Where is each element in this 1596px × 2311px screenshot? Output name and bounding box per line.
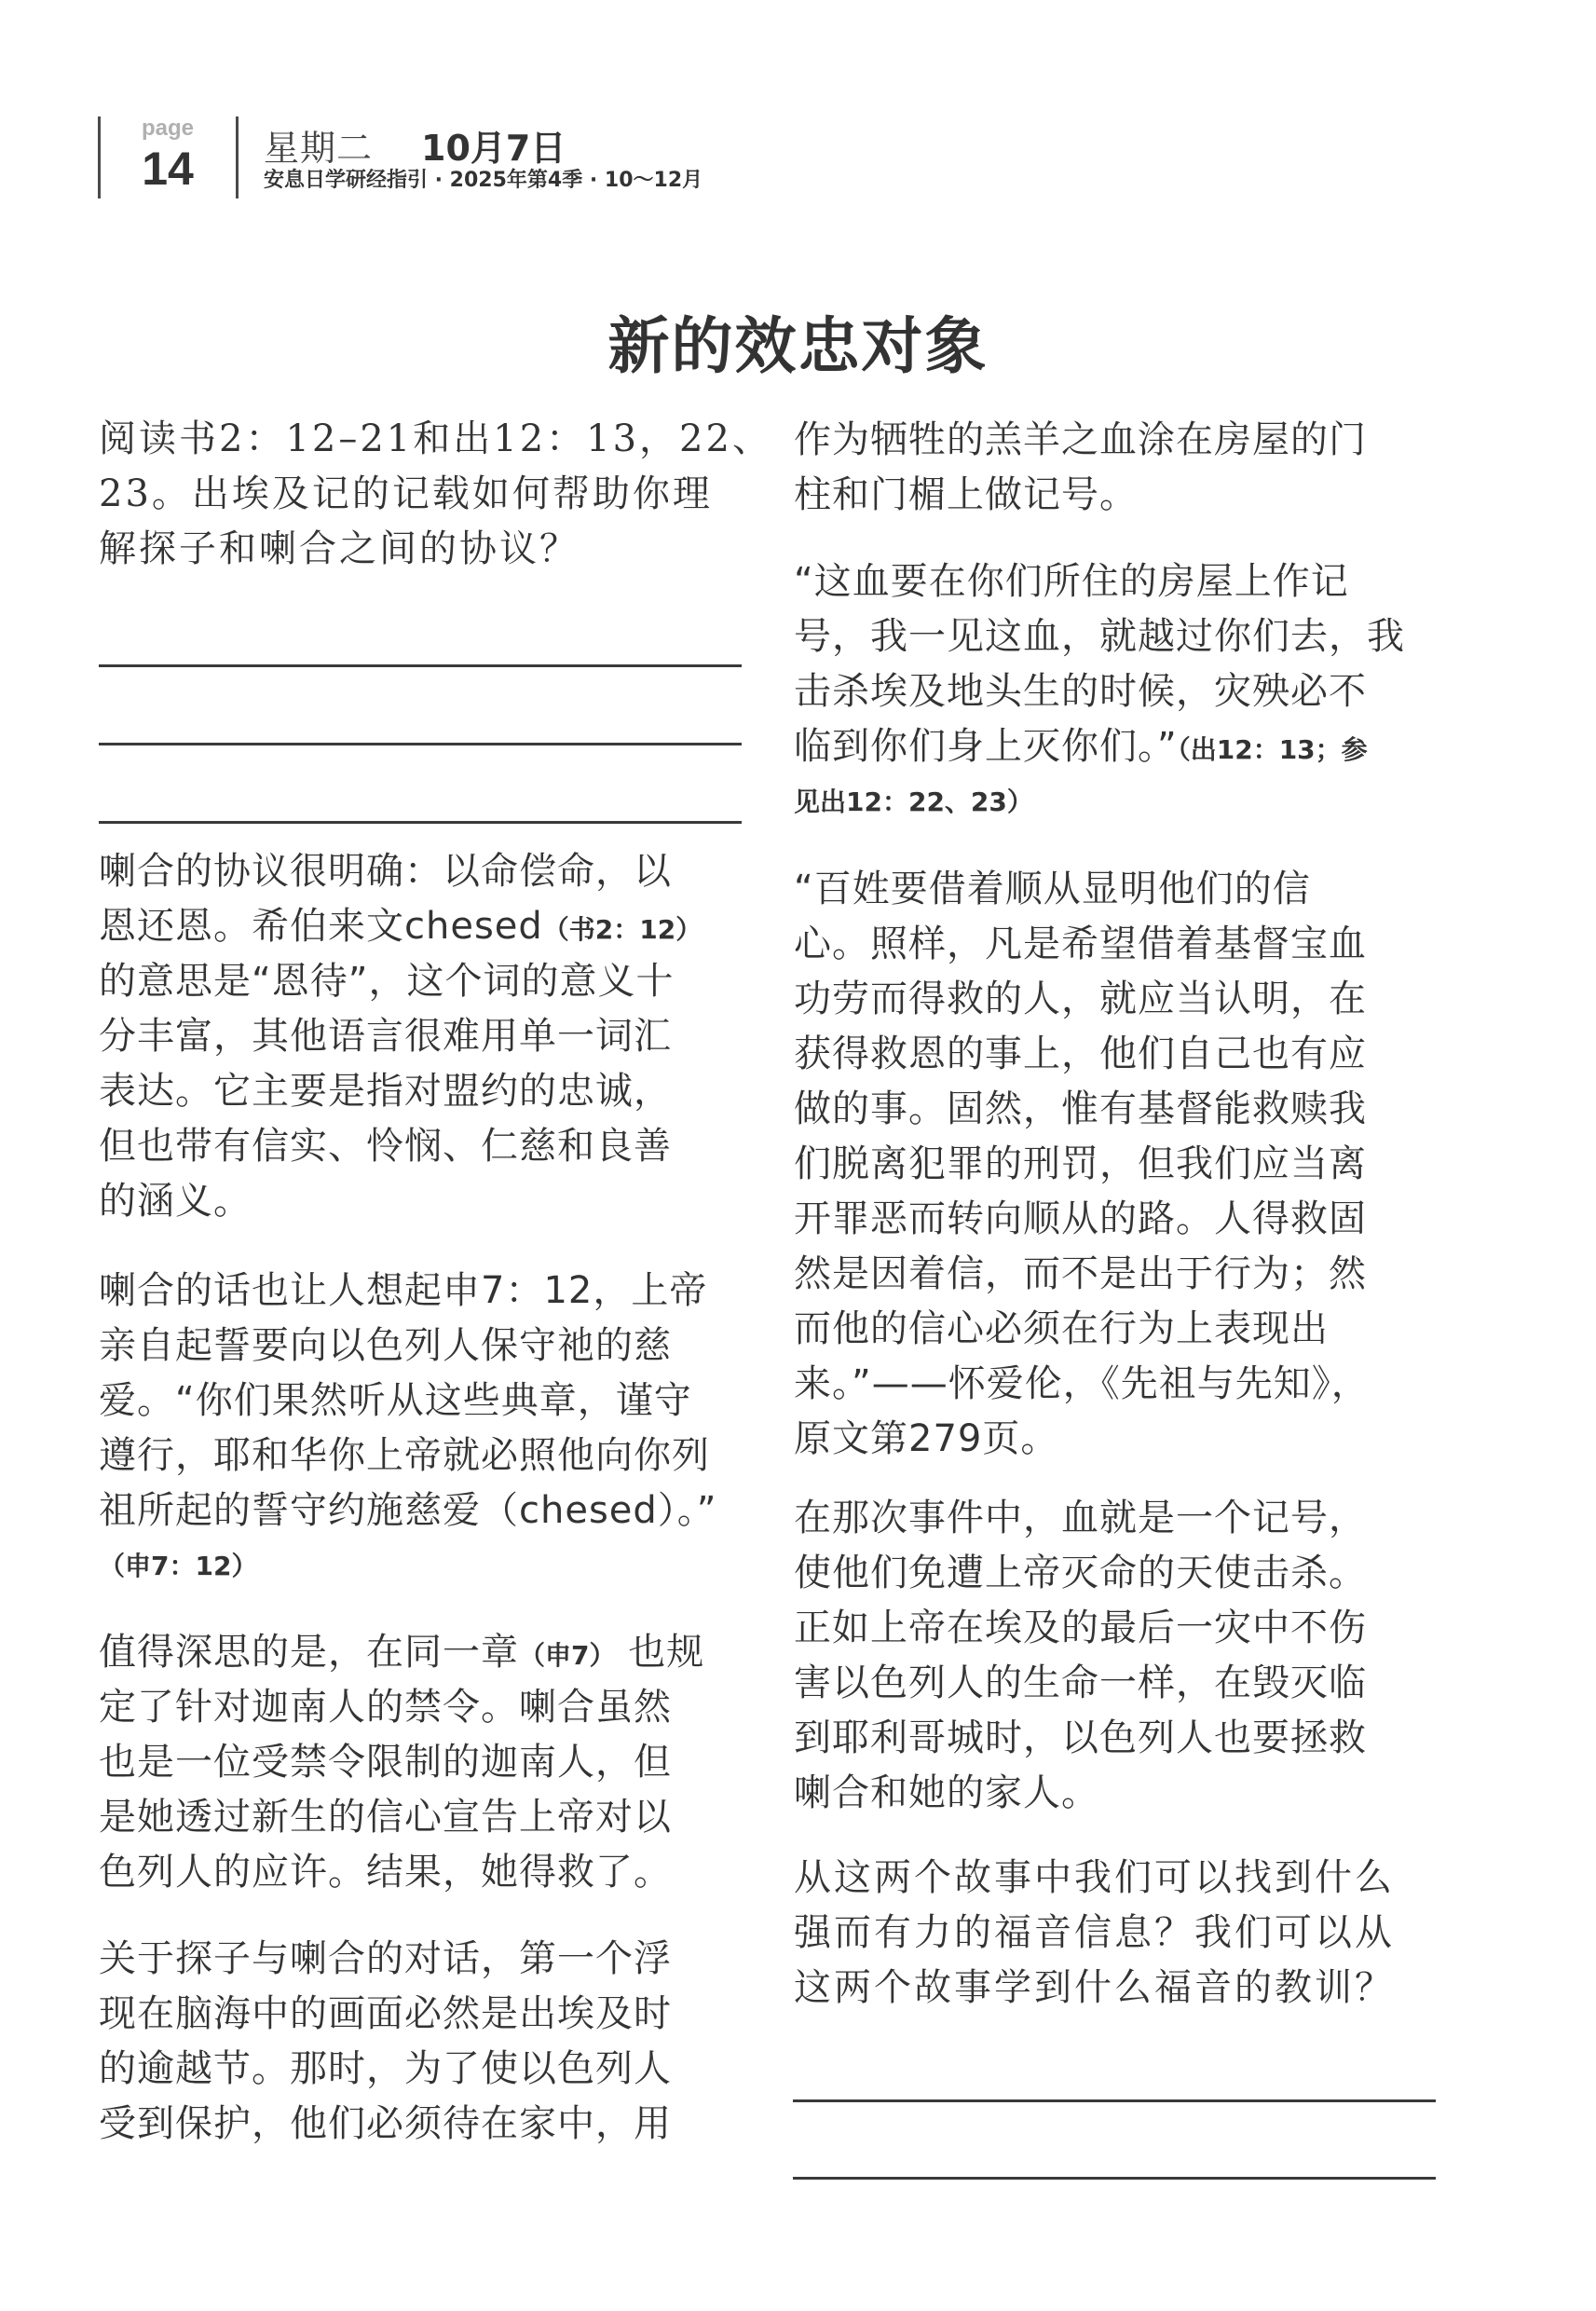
study-question-right: 从这两个故事中我们可以找到什么 强而有力的福音信息？我们可以从 这两个故事学到什… bbox=[794, 1851, 1446, 2016]
paragraph-line: 然是因着信，而不是出于行为；然 bbox=[794, 1247, 1446, 1302]
header-date: 10月7日 bbox=[421, 119, 566, 171]
paragraph-line: 分丰富，其他语言很难用单一词汇 bbox=[99, 1009, 751, 1064]
paragraph-passover: 关于探子与喇合的对话，第一个浮 现在脑海中的画面必然是出埃及时 的逾越节。那时，… bbox=[99, 1932, 751, 2152]
paragraph-line: 正如上帝在埃及的最后一灾中不伤 bbox=[794, 1601, 1446, 1656]
paragraph-line: 表达。它主要是指对盟约的忠诚， bbox=[99, 1064, 751, 1119]
paragraph-line: 使他们免遭上帝灭命的天使击杀。 bbox=[794, 1546, 1446, 1601]
paragraph-line: 喇合和她的家人。 bbox=[794, 1766, 1446, 1821]
paragraph-line: 们脱离犯罪的刑罚，但我们应当离 bbox=[794, 1137, 1446, 1192]
paragraph-line: 柱和门楣上做记号。 bbox=[794, 468, 1446, 523]
paragraph-line: 喇合的话也让人想起申7：12，上帝 bbox=[99, 1264, 751, 1319]
paragraph-line: 原文第279页。 bbox=[794, 1412, 1446, 1467]
paragraph-line: 开罪恶而转向顺从的路。人得救固 bbox=[794, 1192, 1446, 1247]
paragraph-line: “百姓要借着顺从显明他们的信 bbox=[794, 862, 1446, 917]
paragraph-line: 受到保护，他们必须待在家中，用 bbox=[99, 2097, 751, 2152]
paragraph-line: 祖所起的誓守约施慈爱（chesed）。” bbox=[99, 1484, 751, 1538]
paragraph-line: 恩还恩。希伯来文chesed（书2：12） bbox=[99, 899, 751, 954]
scripture-reference: （申7：12） bbox=[99, 1538, 751, 1593]
paragraph-line: 功劳而得救的人，就应当认明，在 bbox=[794, 972, 1446, 1027]
paragraph-line: 而他的信心必须在行为上表现出 bbox=[794, 1302, 1446, 1357]
lesson-title: 新的效忠对象 bbox=[0, 296, 1596, 385]
paragraph-line: 遵行，耶和华你上帝就必照他向你列 bbox=[99, 1429, 751, 1484]
page-label: page bbox=[130, 116, 205, 142]
paragraph-line: 也是一位受禁令限制的迦南人，但 bbox=[99, 1735, 751, 1790]
paragraph-ban: 值得深思的是，在同一章（申7） 也规 定了针对迦南人的禁令。喇合虽然 也是一位受… bbox=[99, 1625, 751, 1900]
paragraph-deut-7-12: 喇合的话也让人想起申7：12，上帝 亲自起誓要向以色列人保守祂的慈 爱。“你们果… bbox=[99, 1264, 751, 1593]
paragraph-line: 值得深思的是，在同一章（申7） 也规 bbox=[99, 1625, 751, 1680]
paragraph-line: 来。”——怀爱伦，《先祖与先知》， bbox=[794, 1357, 1446, 1412]
paragraph-blood-sign: 在那次事件中，血就是一个记号， 使他们免遭上帝灭命的天使击杀。 正如上帝在埃及的… bbox=[794, 1491, 1446, 1821]
paragraph-line: 心。照样，凡是希望借着基督宝血 bbox=[794, 917, 1446, 972]
question-line: 阅读书2：12–21和出12：13，22、 bbox=[99, 412, 751, 467]
line-text: 临到你们身上灭你们。” bbox=[794, 725, 1178, 768]
question-line: 解探子和喇合之间的协议？ bbox=[99, 522, 751, 577]
paragraph-lamb-blood: 作为牺牲的羔羊之血涂在房屋的门 柱和门楣上做记号。 bbox=[794, 413, 1446, 523]
scripture-reference: （出12：13；参 bbox=[1178, 734, 1368, 765]
paragraph-line: 临到你们身上灭你们。”（出12：13；参 bbox=[794, 719, 1446, 774]
scripture-reference: （申7） bbox=[519, 1640, 615, 1671]
paragraph-line: 的意思是“恩待”，这个词的意义十 bbox=[99, 954, 751, 1009]
question-line: 强而有力的福音信息？我们可以从 bbox=[794, 1906, 1446, 1961]
paragraph-line: 但也带有信实、怜悯、仁慈和良善 bbox=[99, 1119, 751, 1174]
paragraph-exodus-quote: “这血要在你们所住的房屋上作记 号，我一见这血，就越过你们去，我 击杀埃及地头生… bbox=[794, 554, 1446, 829]
scripture-reference: （书2：12） bbox=[543, 914, 702, 945]
header-weekday: 星期二 bbox=[264, 119, 373, 171]
paragraph-line: 定了针对迦南人的禁令。喇合虽然 bbox=[99, 1680, 751, 1735]
question-line: 从这两个故事中我们可以找到什么 bbox=[794, 1851, 1446, 1906]
header-subtitle: 安息日学研经指引 · 2025年第4季 · 10～12月 bbox=[264, 164, 703, 193]
page-number: 14 bbox=[130, 142, 205, 196]
paragraph-line: 号，我一见这血，就越过你们去，我 bbox=[794, 609, 1446, 664]
paragraph-line: 击杀埃及地头生的时候，灾殃必不 bbox=[794, 664, 1446, 719]
answer-line[interactable] bbox=[99, 821, 742, 824]
header-divider-right bbox=[236, 116, 239, 198]
answer-line[interactable] bbox=[99, 743, 742, 745]
line-text: 值得深思的是，在同一章 bbox=[99, 1631, 519, 1674]
question-line: 这两个故事学到什么福音的教训？ bbox=[794, 1961, 1446, 2016]
line-text: 恩还恩。希伯来文chesed bbox=[99, 905, 543, 948]
paragraph-egw-quote: “百姓要借着顺从显明他们的信 心。照样，凡是希望借着基督宝血 功劳而得救的人，就… bbox=[794, 862, 1446, 1467]
paragraph-line: 做的事。固然，惟有基督能救赎我 bbox=[794, 1082, 1446, 1137]
line-text: 也规 bbox=[615, 1631, 704, 1674]
header-divider-left bbox=[98, 116, 101, 198]
paragraph-line: “这血要在你们所住的房屋上作记 bbox=[794, 554, 1446, 609]
paragraph-chesed: 喇合的协议很明确：以命偿命，以 恩还恩。希伯来文chesed（书2：12） 的意… bbox=[99, 844, 751, 1229]
paragraph-line: 的逾越节。那时，为了使以色列人 bbox=[99, 2042, 751, 2097]
paragraph-line: 亲自起誓要向以色列人保守祂的慈 bbox=[99, 1319, 751, 1374]
paragraph-line: 喇合的协议很明确：以命偿命，以 bbox=[99, 844, 751, 899]
study-question-left: 阅读书2：12–21和出12：13，22、 23。出埃及记的记载如何帮助你理 解… bbox=[99, 412, 751, 577]
paragraph-line: 现在脑海中的画面必然是出埃及时 bbox=[99, 1987, 751, 2042]
paragraph-line: 关于探子与喇合的对话，第一个浮 bbox=[99, 1932, 751, 1987]
paragraph-line: 的涵义。 bbox=[99, 1174, 751, 1229]
paragraph-line: 色列人的应许。结果，她得救了。 bbox=[99, 1845, 751, 1900]
paragraph-line: 害以色列人的生命一样，在毁灭临 bbox=[794, 1656, 1446, 1711]
paragraph-line: 是她透过新生的信心宣告上帝对以 bbox=[99, 1790, 751, 1845]
paragraph-line: 获得救恩的事上，他们自己也有应 bbox=[794, 1027, 1446, 1082]
question-line: 23。出埃及记的记载如何帮助你理 bbox=[99, 467, 751, 522]
paragraph-line: 爱。“你们果然听从这些典章，谨守 bbox=[99, 1374, 751, 1429]
answer-line[interactable] bbox=[793, 2099, 1436, 2102]
paragraph-line: 在那次事件中，血就是一个记号， bbox=[794, 1491, 1446, 1546]
paragraph-line: 到耶利哥城时，以色列人也要拯救 bbox=[794, 1711, 1446, 1766]
answer-line[interactable] bbox=[99, 664, 742, 667]
paragraph-line: 作为牺牲的羔羊之血涂在房屋的门 bbox=[794, 413, 1446, 468]
answer-line[interactable] bbox=[793, 2177, 1436, 2180]
scripture-reference: 见出12：22、23） bbox=[794, 774, 1446, 829]
